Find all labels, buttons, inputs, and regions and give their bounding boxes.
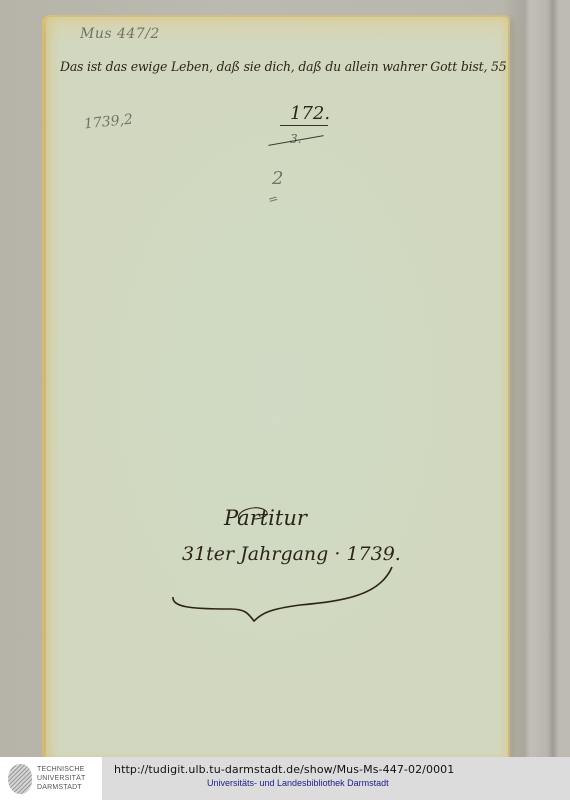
document-title: Partitur <box>224 506 307 530</box>
logo-text: TECHNISCHE UNIVERSITÄT DARMSTADT <box>37 765 85 792</box>
permalink-url[interactable]: http://tudigit.ulb.tu-darmstadt.de/show/… <box>114 763 570 776</box>
logo-line-3: DARMSTADT <box>37 783 85 792</box>
logo-line-1: TECHNISCHE <box>37 765 85 774</box>
catalog-number: 172. <box>290 103 330 124</box>
tu-darmstadt-logo[interactable]: TECHNISCHE UNIVERSITÄT DARMSTADT <box>0 757 102 800</box>
shelfmark: Mus 447/2 <box>80 26 160 42</box>
document-subtitle: 31ter Jahrgang · 1739. <box>182 543 401 565</box>
catalog-number-underline <box>280 125 328 126</box>
headline-inscription: Das ist das ewige Leben, daß sie dich, d… <box>60 60 507 75</box>
footer-info: http://tudigit.ulb.tu-darmstadt.de/show/… <box>102 757 570 800</box>
athena-head-icon <box>8 764 32 794</box>
pencil-number: 2 <box>272 168 283 189</box>
logo-line-2: UNIVERSITÄT <box>37 774 85 783</box>
viewer-footer: TECHNISCHE UNIVERSITÄT DARMSTADT http://… <box>0 757 570 800</box>
library-link[interactable]: Universitäts- und Landesbibliothek Darms… <box>207 778 570 788</box>
